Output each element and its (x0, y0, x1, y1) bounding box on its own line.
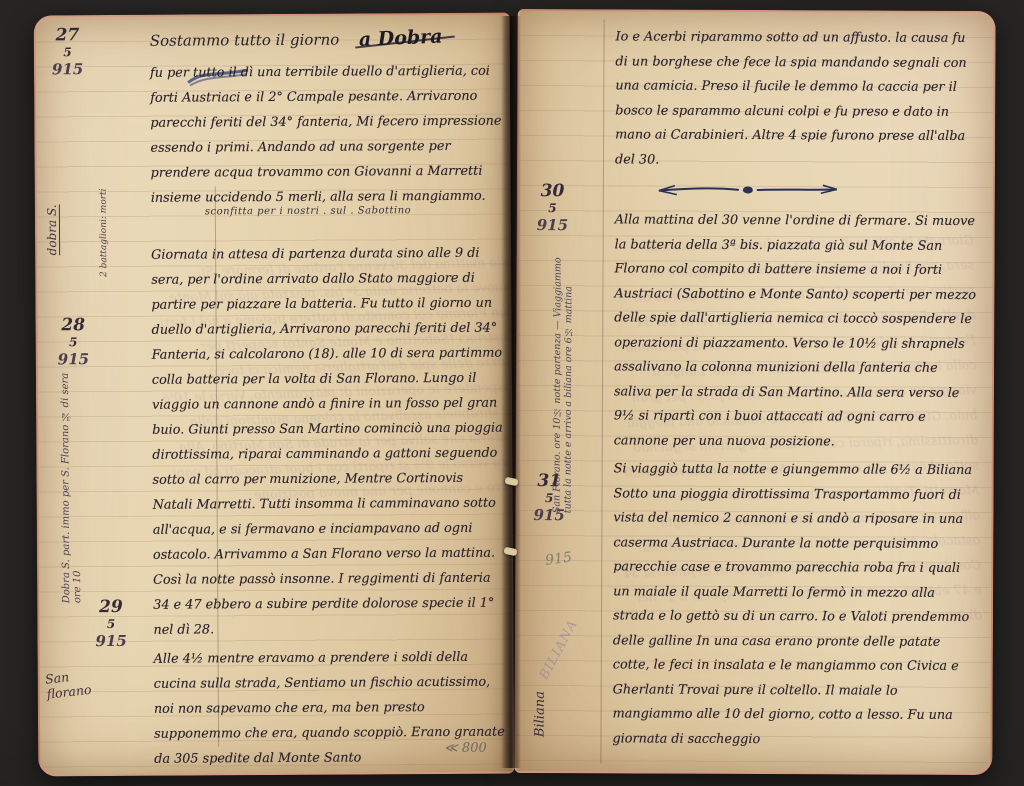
date-month: 5 (58, 334, 89, 351)
entry-27-lead: Sostammo tutto il giorno (150, 31, 340, 50)
date-month: 5 (533, 490, 564, 507)
date-day: 31 (534, 473, 565, 490)
date-year: 915 (52, 61, 83, 78)
margin-note-biliana: Biliana (532, 607, 548, 737)
pencil-annotation-800: ≪ 800 (444, 741, 487, 756)
margin-note-dobra: dobra S. (44, 145, 59, 255)
entry-28-body: Giornata in attesa di partenza durata si… (151, 241, 507, 643)
date-year: 915 (533, 507, 564, 524)
date-month: 5 (95, 616, 126, 633)
divider-flourish (653, 183, 843, 198)
diary-left-page: Alla mattina del 30 venne l'ordine di fe… (34, 13, 515, 777)
entry-30-body: Alla mattina del 30 venne l'ordine di fe… (614, 208, 979, 455)
margin-note-departure: Dobra S. part. immo per S. Florano ¾ di … (60, 353, 84, 603)
entry-27-first-line: Sostammo tutto il giorno a Dobra (150, 27, 502, 51)
margin-note-san-florano: San florano (44, 667, 92, 702)
entry-27-place-emphasis: a Dobra (358, 26, 443, 51)
right-page-text-column: Io e Acerbi riparammo sotto ad un affust… (612, 25, 979, 757)
date-day: 30 (537, 183, 568, 200)
date-day: 28 (58, 317, 89, 334)
entry-31-body: Si viaggiò tutta la notte e giungemmo al… (612, 457, 977, 753)
entry-date-31-5-915: 31 5 915 (533, 473, 565, 524)
margin-rule-line (600, 19, 604, 763)
pencil-annotation-year: 915 (544, 549, 573, 568)
entry-27-body: fu per tutto il dì una terribile duello … (150, 59, 503, 211)
diary-photo: Alla mattina del 30 venne l'ordine di fe… (0, 0, 1024, 786)
interlinear-note-sabotino: sconfitta per i nostri . sul . Sabottino (205, 205, 411, 217)
date-month: 5 (537, 200, 568, 217)
date-day: 29 (95, 599, 126, 616)
date-month: 5 (52, 44, 83, 61)
date-day: 27 (52, 27, 83, 44)
entry-date-30-5-915: 30 5 915 (537, 183, 569, 234)
entry-date-27-5-915: 27 5 915 (52, 27, 84, 78)
entry-29-continued: Io e Acerbi riparammo sotto ad un affust… (615, 25, 980, 174)
margin-note-battalions: 2 battaglioni: morti (98, 77, 109, 277)
date-year: 915 (95, 633, 126, 650)
diary-right-page: Giornata in attesa di partenza durata si… (514, 9, 995, 775)
date-year: 915 (537, 217, 568, 234)
entry-date-29-5-915: 29 5 915 (95, 599, 127, 650)
